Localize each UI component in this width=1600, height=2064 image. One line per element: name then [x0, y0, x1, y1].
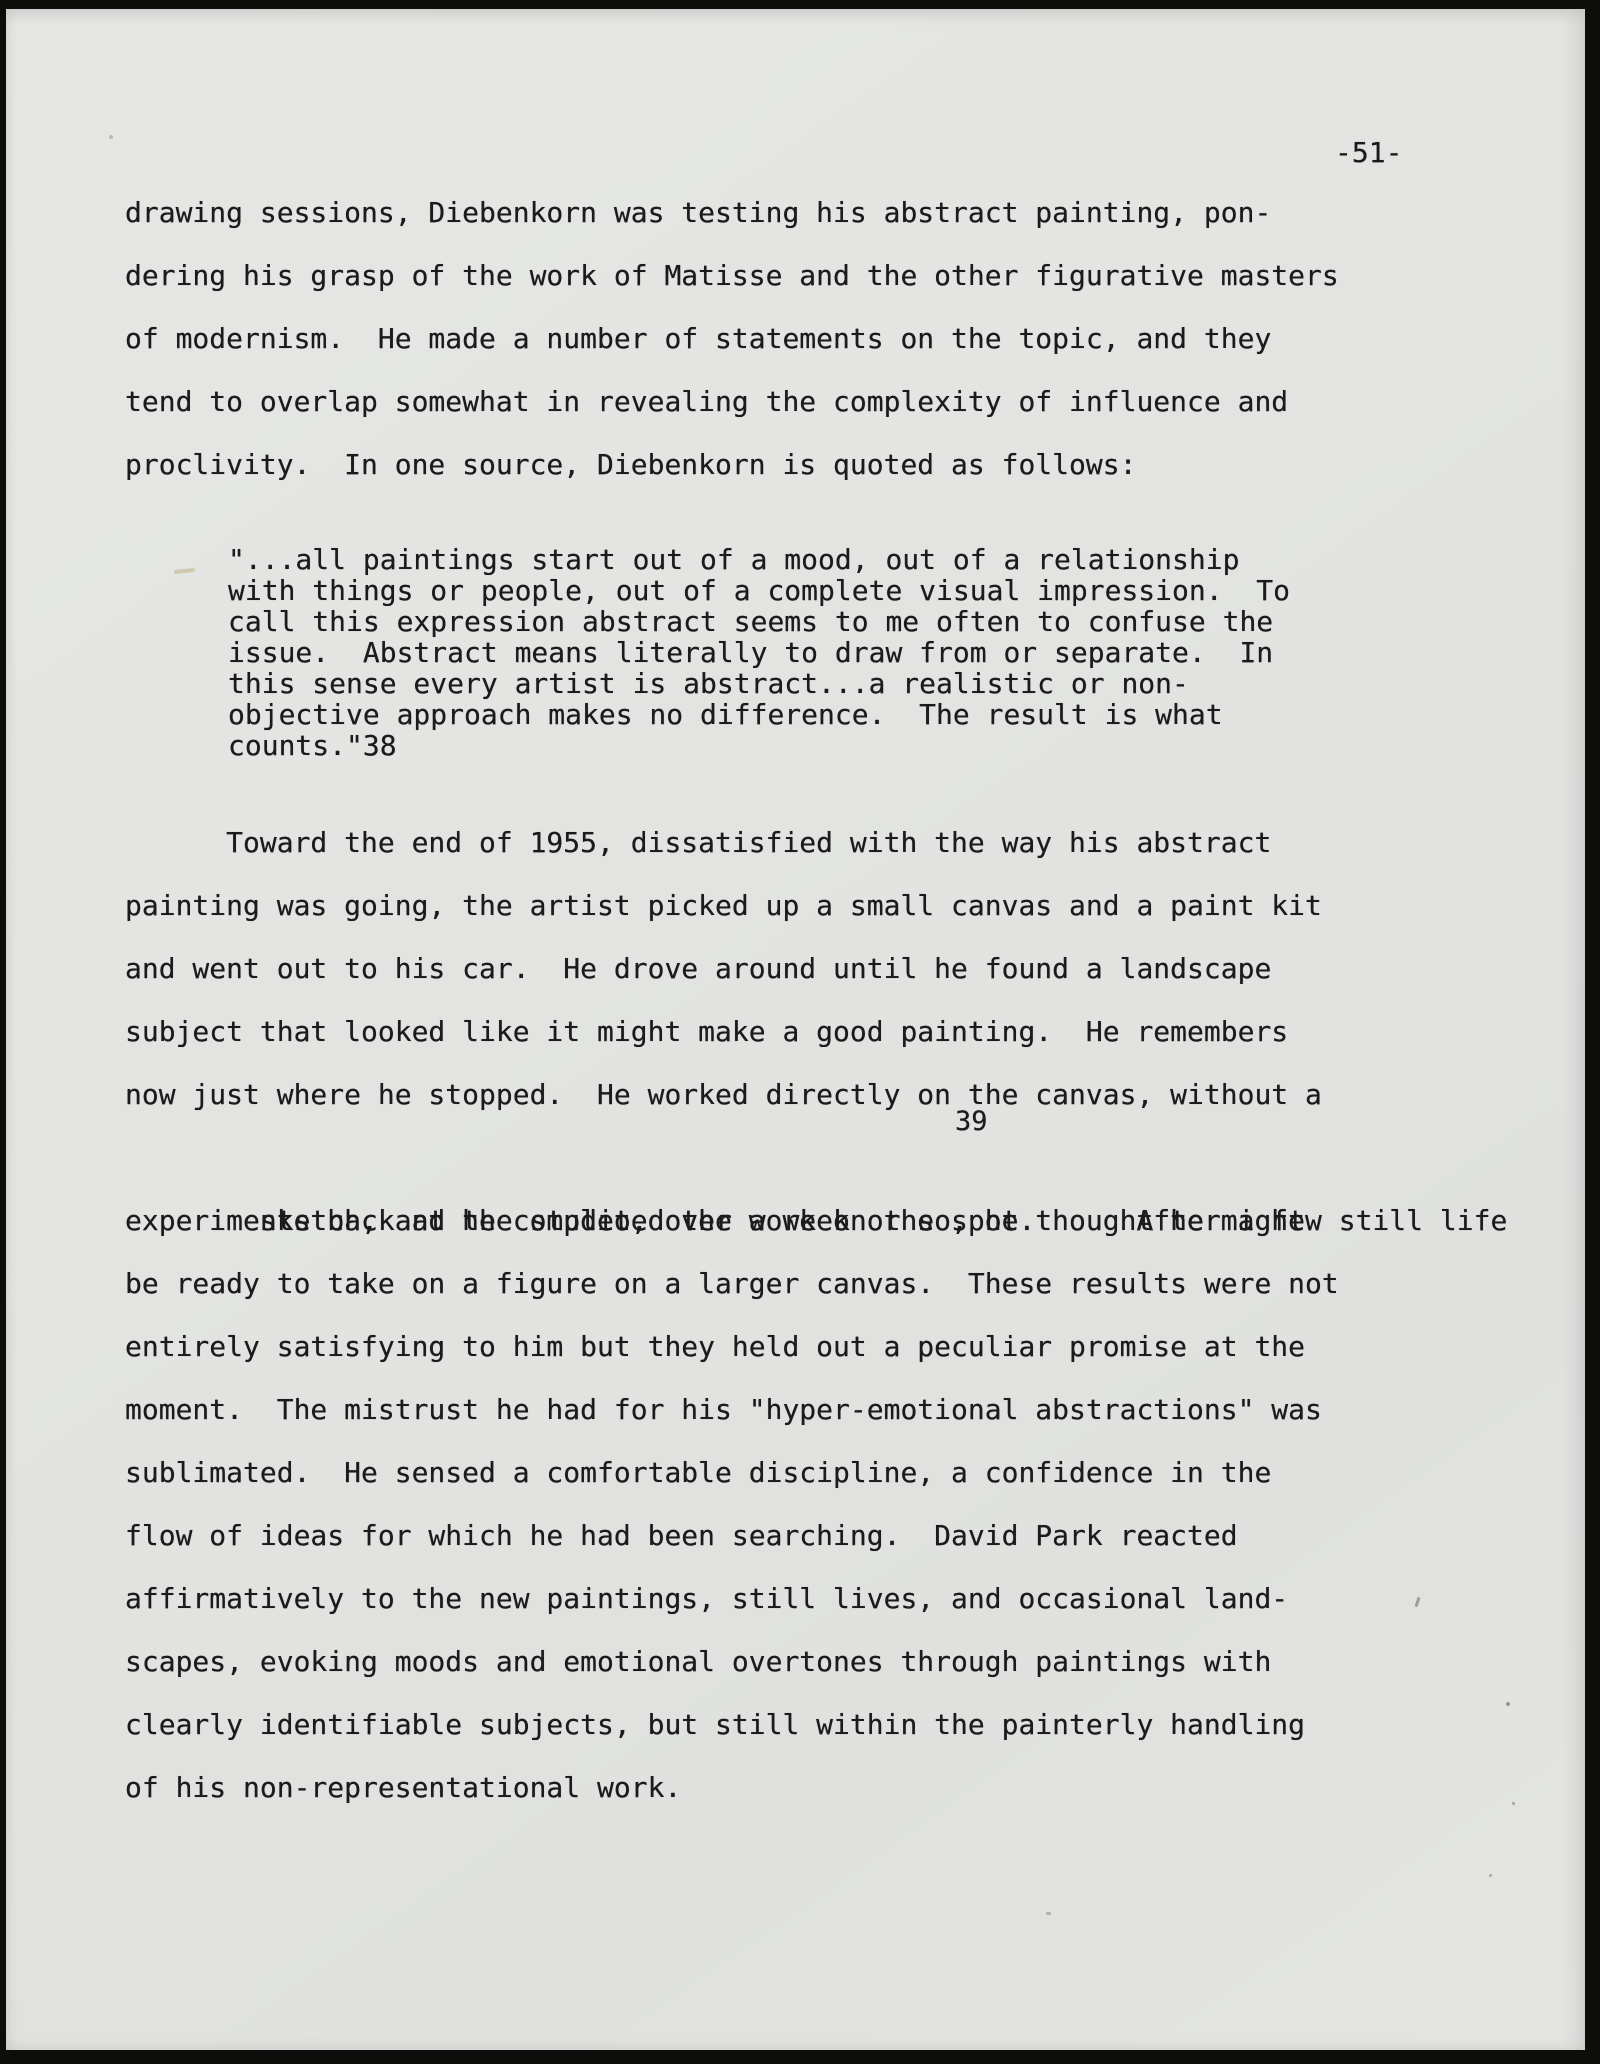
paragraph-2-part-b: experiments back at the studio, over a w…	[125, 1189, 1465, 1819]
quote-line: "...all paintings start out of a mood, o…	[228, 544, 1465, 575]
text-line: affirmatively to the new paintings, stil…	[125, 1567, 1465, 1630]
text-line: subject that looked like it might make a…	[125, 1000, 1465, 1063]
text-line: Toward the end of 1955, dissatisfied wit…	[125, 811, 1465, 874]
paper-speck	[1506, 1702, 1510, 1706]
footnote-reference-39: 39	[955, 1106, 988, 1137]
text-line-with-footnote: 39sketch, and he completed the work on t…	[125, 1126, 1465, 1189]
quote-line: objective approach makes no difference. …	[228, 699, 1465, 730]
text-line: scapes, evoking moods and emotional over…	[125, 1630, 1465, 1693]
text-line: flow of ideas for which he had been sear…	[125, 1504, 1465, 1567]
text-line: be ready to take on a figure on a larger…	[125, 1252, 1465, 1315]
document-page: -51- drawing sessions, Diebenkorn was te…	[6, 9, 1585, 2050]
quote-line: counts."38	[228, 730, 1465, 761]
scan-background: -51- drawing sessions, Diebenkorn was te…	[0, 0, 1600, 2064]
quote-line: this sense every artist is abstract...a …	[228, 668, 1465, 699]
text-line: sketch, and he completed the work on the…	[260, 1204, 1507, 1237]
paper-speck	[1489, 1874, 1492, 1877]
text-line: now just where he stopped. He worked dir…	[125, 1063, 1465, 1126]
block-quote: "...all paintings start out of a mood, o…	[228, 544, 1465, 761]
text-line: drawing sessions, Diebenkorn was testing…	[125, 181, 1465, 244]
text-line: of modernism. He made a number of statem…	[125, 307, 1465, 370]
paper-speck	[1512, 1802, 1515, 1805]
page-content: drawing sessions, Diebenkorn was testing…	[125, 181, 1465, 1819]
text-line: sublimated. He sensed a comfortable disc…	[125, 1441, 1465, 1504]
text-line: and went out to his car. He drove around…	[125, 937, 1465, 1000]
text-line: clearly identifiable subjects, but still…	[125, 1693, 1465, 1756]
text-line: entirely satisfying to him but they held…	[125, 1315, 1465, 1378]
text-line: painting was going, the artist picked up…	[125, 874, 1465, 937]
paper-speck	[109, 135, 113, 139]
quote-line: call this expression abstract seems to m…	[228, 606, 1465, 637]
text-line: proclivity. In one source, Diebenkorn is…	[125, 433, 1465, 496]
quote-line: issue. Abstract means literally to draw …	[228, 637, 1465, 668]
page-number: -51-	[1335, 136, 1402, 169]
quote-line: with things or people, out of a complete…	[228, 575, 1465, 606]
text-line: tend to overlap somewhat in revealing th…	[125, 370, 1465, 433]
text-line: moment. The mistrust he had for his "hyp…	[125, 1378, 1465, 1441]
paper-speck	[1046, 1912, 1051, 1915]
text-line: of his non-representational work.	[125, 1756, 1465, 1819]
paragraph-2-part-a: Toward the end of 1955, dissatisfied wit…	[125, 811, 1465, 1126]
paragraph-1: drawing sessions, Diebenkorn was testing…	[125, 181, 1465, 496]
text-line: dering his grasp of the work of Matisse …	[125, 244, 1465, 307]
